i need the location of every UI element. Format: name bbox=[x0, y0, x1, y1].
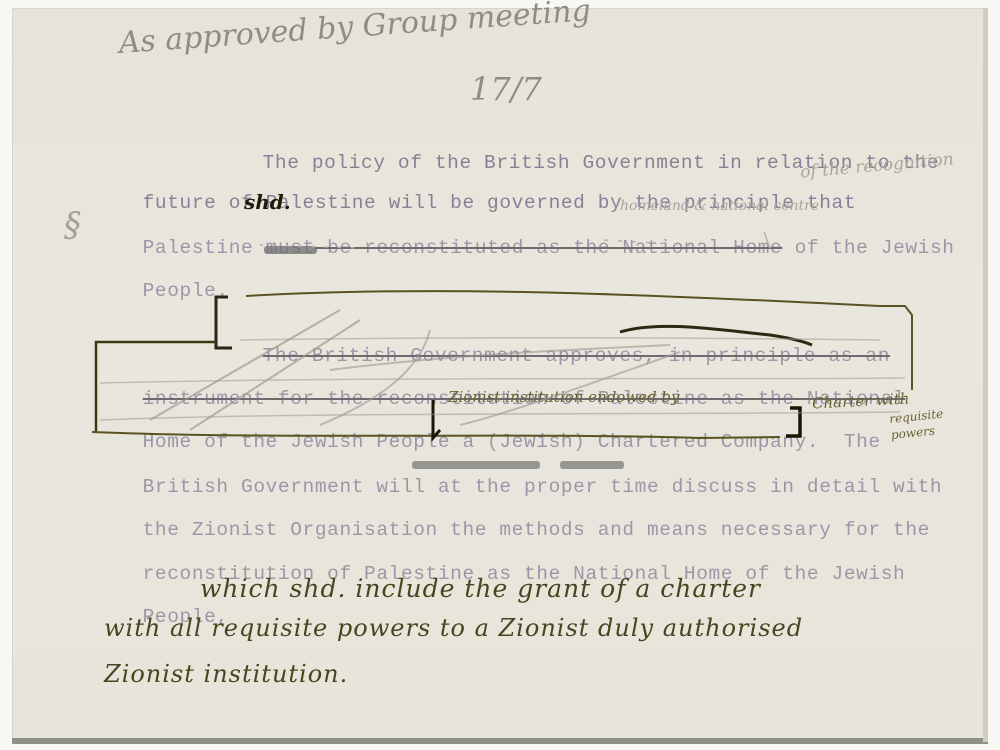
para2-line1-text: The British Government approves, in prin… bbox=[263, 345, 890, 367]
margin-mark-glyph: § bbox=[64, 205, 81, 245]
handwritten-line-3: Zionist institution. bbox=[104, 660, 348, 688]
approval-date: 17/7 bbox=[470, 70, 542, 108]
handwritten-line-3-text: Zionist institution. bbox=[104, 660, 348, 688]
insertion-requisite-powers: requisite powers bbox=[888, 405, 951, 443]
handwritten-line-2-text: with all requisite powers to a Zionist d… bbox=[104, 614, 803, 642]
para2-line4: British Government will at the proper ti… bbox=[118, 454, 942, 498]
insertion-zionist-institution: Zionist institution endowed by bbox=[448, 388, 680, 406]
para2-line1: The British Government approves, in prin… bbox=[238, 323, 890, 367]
paper-right-edge bbox=[983, 8, 988, 742]
para2-line5: the Zionist Organisation the methods and… bbox=[118, 497, 930, 541]
para1-line4-text: People. bbox=[143, 280, 229, 302]
insertion-zionist-institution-text: Zionist institution endowed by bbox=[448, 388, 680, 406]
handwritten-line-1-text: which shd. include the grant of a charte… bbox=[200, 574, 761, 603]
para2-line4-text: British Government will at the proper ti… bbox=[143, 476, 943, 498]
para1-line4: People. bbox=[118, 258, 229, 302]
paper-edge-shadow bbox=[12, 738, 988, 744]
of-the-jewish: of the Jewish bbox=[782, 237, 954, 259]
struck-national-home: National Home bbox=[622, 237, 782, 259]
para1-line3: Palestine must be reconstituted as the N… bbox=[118, 215, 955, 259]
struck-phrase-reconstituted: be reconstituted as the bbox=[315, 237, 623, 259]
para2-line3: Home of the Jewish People a (Jewish) Cha… bbox=[118, 409, 881, 453]
handwritten-line-1: which shd. include the grant of a charte… bbox=[200, 574, 761, 603]
para2-line5-text: the Zionist Organisation the methods and… bbox=[143, 519, 930, 541]
insertion-requisite-powers-text: requisite powers bbox=[889, 407, 944, 442]
insertion-homeland: homeland & national centre bbox=[620, 198, 819, 214]
word-palestine: Palestine bbox=[143, 237, 266, 259]
para2-line3-text: Home of the Jewish People a (Jewish) Cha… bbox=[143, 431, 881, 453]
insertion-shd-text: shd. bbox=[244, 190, 291, 214]
margin-mark: § bbox=[64, 205, 81, 245]
handwritten-line-2: with all requisite powers to a Zionist d… bbox=[104, 614, 803, 642]
insertion-shd: shd. bbox=[244, 190, 291, 214]
insertion-homeland-text: homeland & national centre bbox=[620, 198, 819, 214]
struck-word-must: must bbox=[266, 237, 315, 259]
header-date-note: 17/7 bbox=[470, 70, 542, 108]
